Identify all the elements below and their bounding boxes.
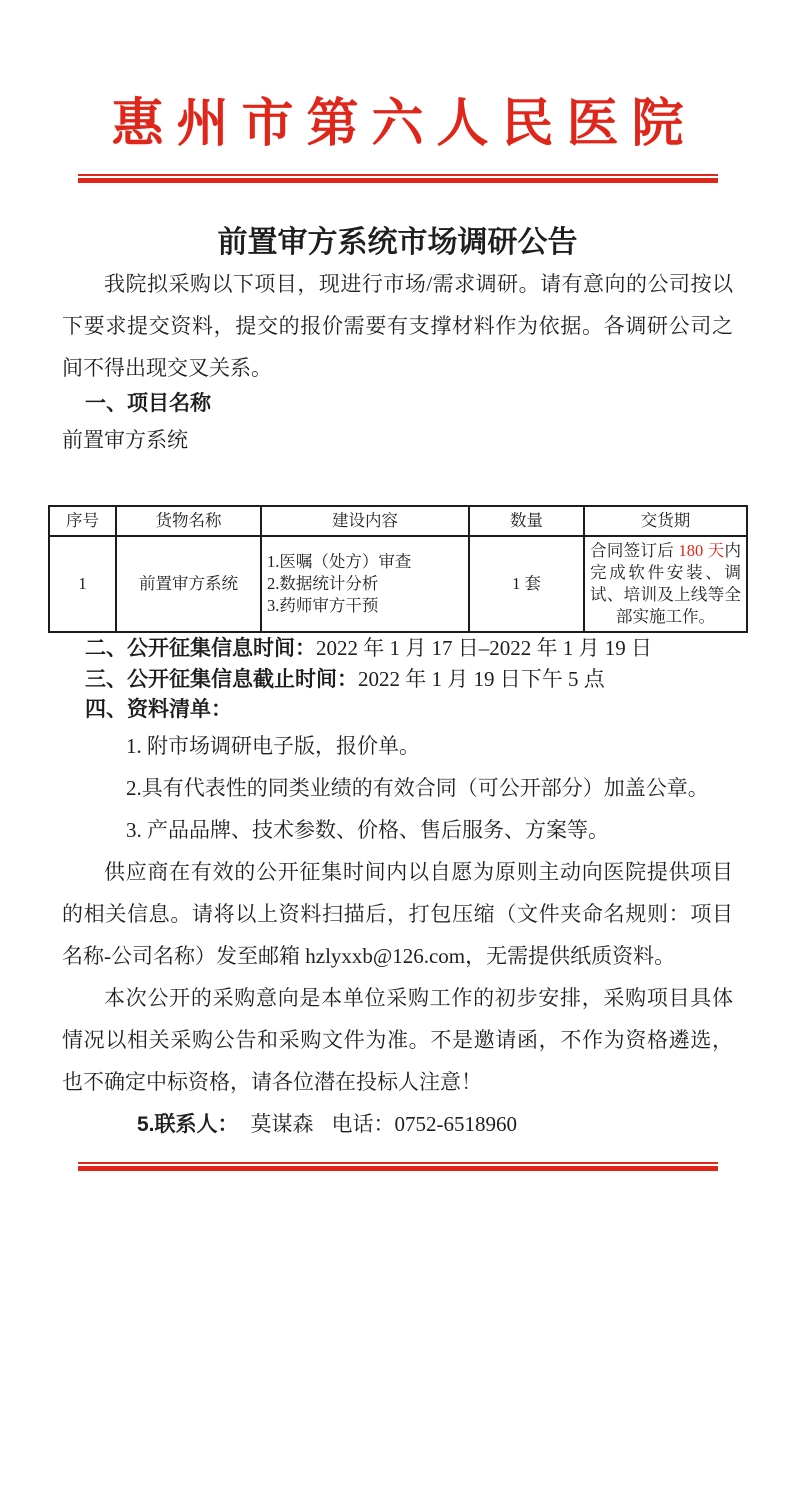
build-content-line: 3.药师审方干预 <box>267 595 463 617</box>
header-cell-delivery: 交货期 <box>584 506 747 536</box>
goods-name-cell: 前置审方系统 <box>116 536 261 632</box>
section-two-heading: 二、公开征集信息时间：2022 年 1 月 17 日–2022 年 1 月 19… <box>85 633 733 664</box>
delivery-cell: 合同签订后 180 天内完成软件安装、调试、培训及上线等全部实施工作。 <box>584 536 747 632</box>
hospital-letterhead-title: 惠州市第六人民医院 <box>62 92 733 158</box>
quantity-cell: 1 套 <box>469 536 584 632</box>
collection-period-value: 2022 年 1 月 17 日–2022 年 1 月 19 日 <box>316 636 652 660</box>
phone-number: 0752-6518960 <box>395 1112 518 1136</box>
header-cell-build-content: 建设内容 <box>261 506 469 536</box>
section-two-label: 二、公开征集信息时间： <box>85 637 316 660</box>
footer-divider <box>78 1162 718 1171</box>
section-four-heading: 四、资料清单： <box>85 695 733 725</box>
intro-paragraph: 我院拟采购以下项目，现进行市场/需求调研。请有意向的公司按以下要求提交资料，提交… <box>62 263 733 389</box>
materials-list-item: 2.具有代表性的同类业绩的有效合同（可公开部分）加盖公章。 <box>62 767 733 809</box>
announcement-title: 前置审方系统市场调研公告 <box>62 223 733 263</box>
materials-list-item: 1. 附市场调研电子版，报价单。 <box>62 725 733 767</box>
delivery-days-highlight: 180 天 <box>679 541 725 560</box>
materials-list-item: 3. 产品品牌、技术参数、价格、售后服务、方案等。 <box>62 809 733 851</box>
footer-divider-thin-line <box>78 1162 718 1164</box>
section-three-label: 三、公开征集信息截止时间： <box>85 668 358 691</box>
header-cell-index: 序号 <box>49 506 116 536</box>
build-content-cell: 1.医嘱（处方）审查 2.数据统计分析 3.药师审方干预 <box>261 536 469 632</box>
phone-label: 电话： <box>314 1112 395 1136</box>
row-index-cell: 1 <box>49 536 116 632</box>
build-content-line: 2.数据统计分析 <box>267 573 463 595</box>
header-cell-goods-name: 货物名称 <box>116 506 261 536</box>
contact-label: 5.联系人： <box>137 1113 239 1136</box>
submission-instructions-paragraph: 供应商在有效的公开征集时间内以自愿为原则主动向医院提供项目的相关信息。请将以上资… <box>62 851 733 977</box>
footer-divider-thick-line <box>78 1166 718 1171</box>
table-row: 1 前置审方系统 1.医嘱（处方）审查 2.数据统计分析 3.药师审方干预 1 … <box>49 536 747 632</box>
deadline-value: 2022 年 1 月 19 日下午 5 点 <box>358 667 605 691</box>
table-header-row: 序号 货物名称 建设内容 数量 交货期 <box>49 506 747 536</box>
build-content-line: 1.医嘱（处方）审查 <box>267 551 463 573</box>
letterhead-divider-thin-line <box>78 174 718 176</box>
document-page: 惠州市第六人民医院 前置审方系统市场调研公告 我院拟采购以下项目，现进行市场/需… <box>0 0 795 1492</box>
letterhead-divider-thick-line <box>78 178 718 183</box>
delivery-text-prefix: 合同签订后 <box>590 541 679 560</box>
header-cell-quantity: 数量 <box>469 506 584 536</box>
section-three-heading: 三、公开征集信息截止时间：2022 年 1 月 19 日下午 5 点 <box>85 664 733 695</box>
letterhead-divider <box>78 174 718 183</box>
disclaimer-paragraph: 本次公开的采购意向是本单位采购工作的初步安排，采购项目具体情况以相关采购公告和采… <box>62 977 733 1103</box>
project-name-text: 前置审方系统 <box>62 419 733 461</box>
contact-line: 5.联系人：莫谋森电话：0752-6518960 <box>62 1103 733 1146</box>
section-one-heading: 一、项目名称 <box>85 389 733 419</box>
procurement-table: 序号 货物名称 建设内容 数量 交货期 1 前置审方系统 1.医嘱（处方）审查 … <box>48 505 748 633</box>
contact-name: 莫谋森 <box>239 1112 314 1136</box>
